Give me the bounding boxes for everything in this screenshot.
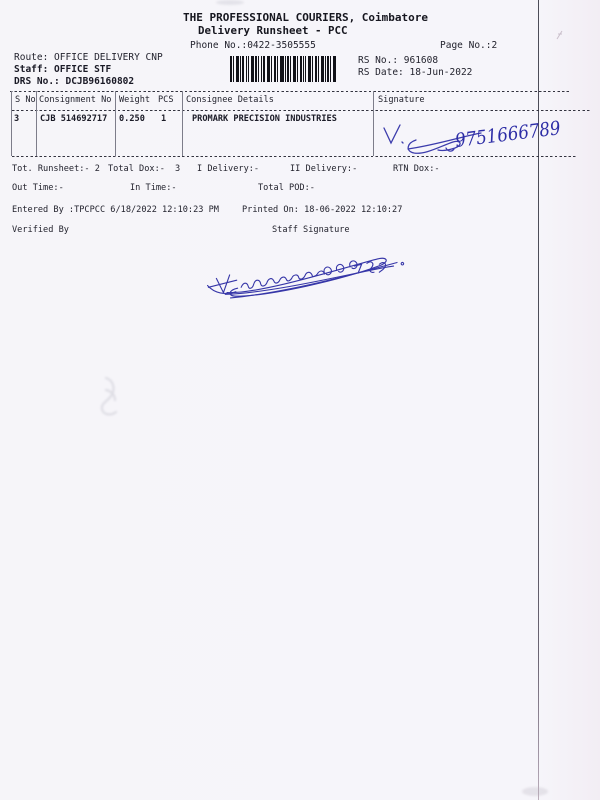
cell-s-no: 3	[14, 115, 19, 124]
total-dox-value: 3	[175, 165, 180, 174]
barcode-icon	[230, 56, 336, 82]
col-header-consignee: Consignee Details	[186, 96, 274, 105]
drs-number: DRS No.: DCJB96160802	[14, 77, 134, 87]
document-title: Delivery Runsheet - PCC	[198, 26, 348, 37]
route-label: Route: OFFICE DELIVERY CNP	[14, 53, 163, 63]
in-time-label: In Time:-	[130, 184, 177, 193]
scan-smudge-top	[216, 0, 244, 5]
staff-signature-handwriting	[178, 243, 423, 305]
col-header-pcs: PCS	[158, 96, 174, 105]
col-header-signature: Signature	[378, 96, 425, 105]
scan-smudge-bottom	[522, 787, 548, 796]
table-col-sep-4	[373, 91, 374, 156]
col-header-s-no: S No	[15, 96, 36, 105]
company-title: THE PROFESSIONAL COURIERS, Coimbatore	[183, 12, 428, 23]
delivery-runsheet-document: THE PROFESSIONAL COURIERS, Coimbatore De…	[0, 0, 600, 800]
col-header-consignment-no: Consignment No	[39, 96, 111, 105]
scan-tick-mark	[556, 25, 563, 35]
i-delivery-label: I Delivery:-	[197, 165, 259, 174]
rs-number: RS No.: 961608	[358, 56, 438, 66]
printed-on: Printed On: 18-06-2022 12:10:27	[242, 206, 402, 215]
scan-smudge-middle	[92, 372, 132, 420]
table-header-border	[12, 110, 590, 111]
out-time-label: Out Time:-	[12, 184, 64, 193]
cell-pcs: 1	[161, 115, 166, 124]
signature-phone-digits: 9751666789	[454, 117, 562, 152]
table-top-border	[10, 91, 570, 92]
page-number: Page No.:2	[440, 41, 497, 51]
ii-delivery-label: II Delivery:-	[290, 165, 357, 174]
cell-weight: 0.250	[119, 115, 145, 124]
rs-date: RS Date: 18-Jun-2022	[358, 68, 472, 78]
consignee-signature-handwriting: 9751666789	[378, 112, 570, 160]
col-header-weight: Weight	[119, 96, 150, 105]
rtn-dox-label: RTN Dox:-	[393, 165, 440, 174]
cell-consignee: PROMARK PRECISION INDUSTRIES	[192, 115, 337, 124]
table-col-sep-3	[182, 91, 183, 156]
phone-number: Phone No.:0422-3505555	[190, 41, 316, 51]
total-runsheet: Tot. Runsheet:- 2	[12, 165, 100, 174]
table-col-sep-2	[115, 91, 116, 156]
verified-by-label: Verified By	[12, 226, 69, 235]
cell-consignment-no: CJB 514692717	[40, 115, 107, 124]
staff-signature-label: Staff Signature	[272, 226, 350, 235]
entered-by: Entered By :TPCPCC 6/18/2022 12:10:23 PM	[12, 206, 219, 215]
staff-label: Staff: OFFICE STF	[14, 65, 111, 75]
table-border-left	[11, 91, 12, 156]
total-pod-label: Total POD:-	[258, 184, 315, 193]
total-dox-label: Total Dox:-	[108, 165, 165, 174]
table-col-sep-1	[36, 91, 37, 156]
